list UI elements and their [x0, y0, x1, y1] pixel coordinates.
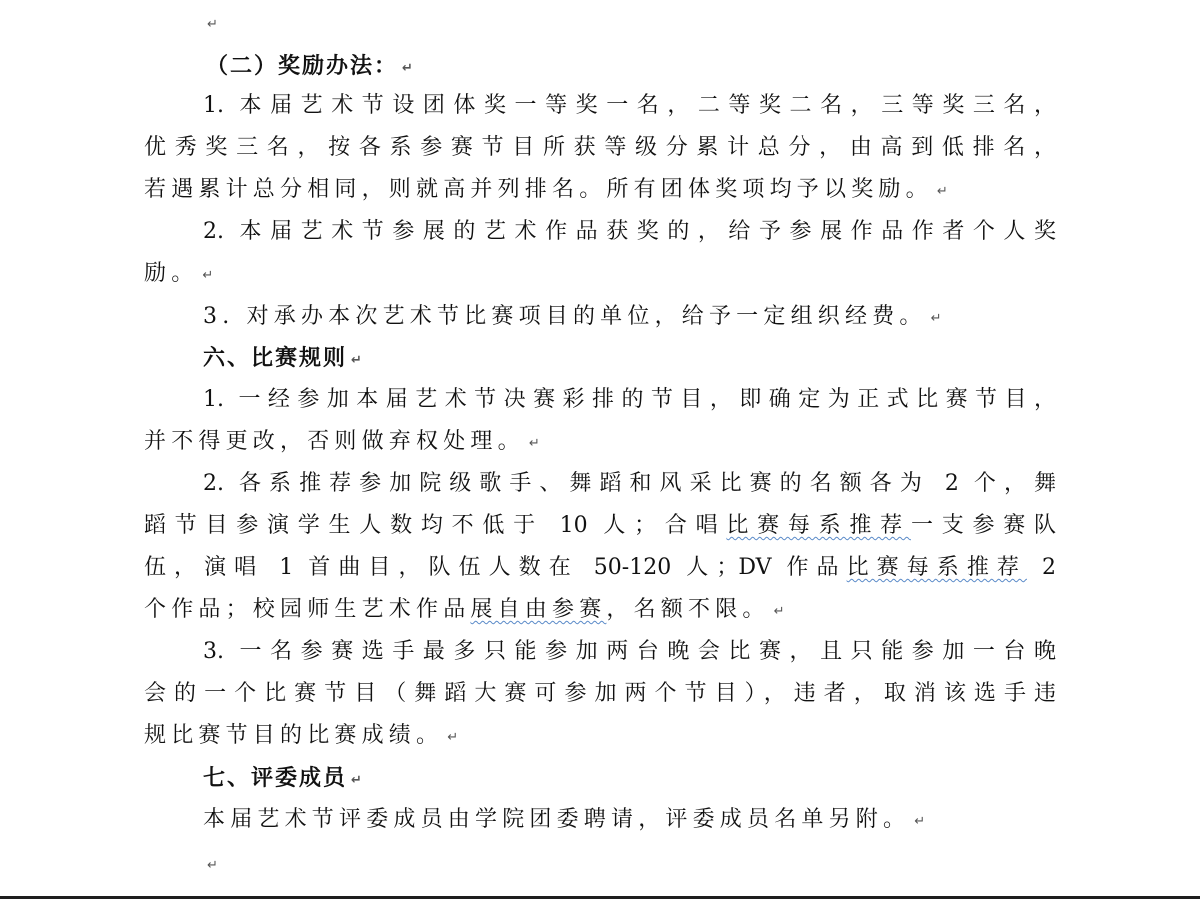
rules-item-3-line-1: 3. 一名参赛选手最多只能参加两台晚会比赛，且只能参加一台晚 — [203, 637, 1056, 667]
section-title-rules: 六、比赛规则↵ — [203, 343, 362, 373]
rules-item-3-line-3: 规比赛节目的比赛成绩。↵ — [144, 721, 458, 751]
spelling-underline: 比赛每系推荐 — [847, 555, 1027, 580]
paragraph-mark-icon: ↵ — [529, 436, 540, 451]
rules-item-2-line-2: 蹈节目参演学生人数均不低于 10 人；合唱比赛每系推荐一支参赛队 — [144, 511, 1056, 541]
paragraph-mark-icon: ↵ — [931, 311, 942, 326]
award-item-1-line-1: 1. 本届艺术节设团体奖一等奖一名，二等奖二名，三等奖三名， — [203, 91, 1056, 121]
spelling-underline: 展自由参赛 — [470, 597, 606, 622]
judges-body: 本届艺术节评委成员由学院团委聘请，评委成员名单另附。↵ — [203, 805, 925, 835]
paragraph-mark-icon: ↵ — [207, 17, 218, 32]
award-item-1-line-2: 优秀奖三名，按各系参赛节目所获等级分累计总分，由高到低排名， — [144, 133, 1056, 163]
award-item-1-line-3: 若遇累计总分相同，则就高并列排名。所有团体奖项均予以奖励。↵ — [144, 175, 948, 205]
paragraph-mark-icon: ↵ — [351, 353, 362, 368]
spelling-underline: 比赛每系推荐 — [726, 513, 911, 538]
rules-item-3-line-2: 会的一个比赛节目（舞蹈大赛可参加两个节目），违者，取消该选手违 — [144, 679, 1056, 709]
section-title-judges: 七、评委成员↵ — [203, 763, 362, 793]
empty-paragraph: ↵ — [203, 8, 218, 38]
rules-item-2-line-1: 2. 各系推荐参加院级歌手、舞蹈和风采比赛的名额各为 2 个，舞 — [203, 469, 1056, 499]
paragraph-mark-icon: ↵ — [207, 858, 218, 873]
paragraph-mark-icon: ↵ — [914, 814, 925, 829]
rules-item-2-line-3: 伍，演唱 1 首曲目，队伍人数在 50-120 人；DV 作品比赛每系推荐 2 — [144, 553, 1056, 583]
award-item-3-line-1: 3. 对承办本次艺术节比赛项目的单位，给予一定组织经费。↵ — [203, 302, 942, 332]
paragraph-mark-icon: ↵ — [202, 268, 213, 283]
empty-paragraph: ↵ — [203, 849, 218, 879]
page-bottom-border — [0, 896, 1200, 899]
paragraph-mark-icon: ↵ — [774, 604, 785, 619]
paragraph-mark-icon: ↵ — [937, 184, 948, 199]
rules-item-1-line-1: 1. 一经参加本届艺术节决赛彩排的节目，即确定为正式比赛节目， — [203, 385, 1056, 415]
paragraph-mark-icon: ↵ — [447, 730, 458, 745]
paragraph-mark-icon: ↵ — [402, 61, 413, 76]
document-page: ↵ （二）奖励办法：↵ 1. 本届艺术节设团体奖一等奖一名，二等奖二名，三等奖三… — [0, 0, 1200, 900]
rules-item-1-line-2: 并不得更改，否则做弃权处理。↵ — [144, 427, 540, 457]
subsection-title-award: （二）奖励办法：↵ — [206, 51, 413, 81]
rules-item-2-line-4: 个作品；校园师生艺术作品展自由参赛，名额不限。↵ — [144, 595, 785, 625]
paragraph-mark-icon: ↵ — [351, 773, 362, 788]
award-item-2-line-2: 励。↵ — [144, 259, 213, 289]
award-item-2-line-1: 2. 本届艺术节参展的艺术作品获奖的，给予参展作品作者个人奖 — [203, 217, 1056, 247]
